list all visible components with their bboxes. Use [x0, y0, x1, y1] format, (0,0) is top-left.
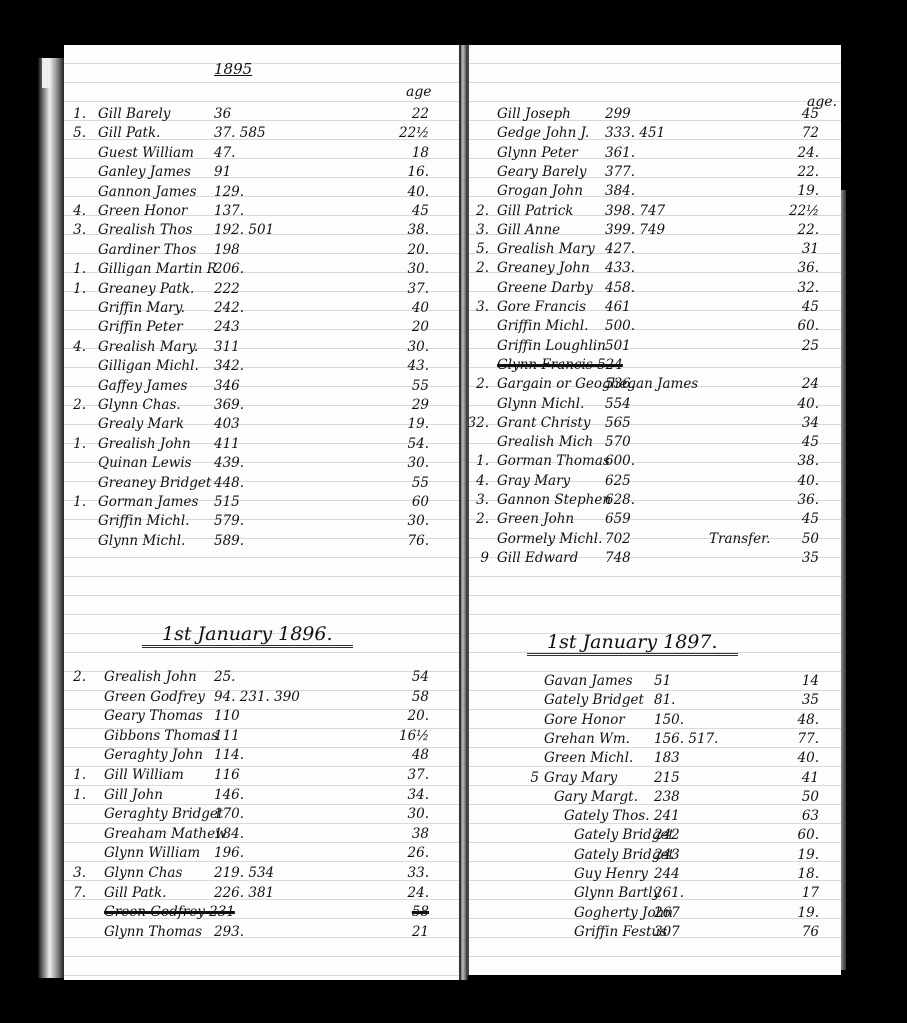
list-item: 3.Gore Francis46145	[469, 298, 841, 317]
entry-name: Grehan Wm.	[544, 730, 630, 749]
list-item: Geary Barely377.22.	[469, 163, 841, 182]
entry-age: 19.	[789, 182, 819, 201]
entry-age: 20.	[399, 241, 429, 260]
entry-name: Grogan John	[497, 182, 583, 201]
entry-numbers: 261.	[654, 884, 684, 903]
list-item: Griffin Loughlin50125	[469, 337, 841, 356]
entry-name: Griffin Loughlin	[497, 337, 606, 356]
entry-numbers: 299	[605, 105, 631, 124]
entry-number: 5.	[466, 240, 489, 259]
entry-age: 19.	[399, 415, 429, 434]
list-item: 1.Gorman Thomas600.38.	[469, 452, 841, 471]
list-item: Griffin Michl.579.30.	[64, 512, 459, 531]
list-item: Green Godfrey94. 231. 39058	[64, 688, 459, 707]
entry-number: 2.	[466, 202, 489, 221]
list-item: Green Michl.18340.	[469, 749, 841, 768]
entry-numbers: 748	[605, 549, 631, 568]
entry-number: 1.	[64, 786, 86, 805]
entry-age: 30.	[399, 805, 429, 824]
list-item: Gibbons Thomas11116½	[64, 727, 459, 746]
list-item: Griffin Michl.500.60.	[469, 317, 841, 336]
list-item: Gedge John J.333. 45172	[469, 124, 841, 143]
list-item: 3.Gannon Stephen628.36.	[469, 491, 841, 510]
entry-age: 45	[789, 105, 819, 124]
entry-name: Glynn Chas.	[98, 396, 181, 415]
list-item: 5.Gill Patk.37. 58522½	[64, 124, 459, 143]
entry-name: Gary Margt.	[554, 788, 638, 807]
list-item: 1.Gill William11637.	[64, 766, 459, 785]
list-item: Gormely Michl.702Transfer.50	[469, 530, 841, 549]
entry-numbers: 433.	[605, 259, 635, 278]
entry-age: 20	[399, 318, 429, 337]
entry-numbers: 91	[214, 163, 231, 182]
entry-age: 45	[789, 298, 819, 317]
entry-numbers: 411	[214, 435, 240, 454]
entry-numbers: 196.	[214, 844, 244, 863]
entry-numbers: 156. 517.	[654, 730, 718, 749]
entry-name: Gedge John J.	[497, 124, 589, 143]
list-item: Green Godfrey 23158	[64, 903, 459, 922]
entry-number: 9	[466, 549, 489, 568]
entry-name: Gargain or Geoghegan James	[497, 375, 698, 394]
entry-name: Quinan Lewis	[98, 454, 192, 473]
entry-numbers: 114.	[214, 746, 244, 765]
entry-numbers: 241	[654, 807, 680, 826]
list-item: 2.Green John65945	[469, 510, 841, 529]
list-item: Grehan Wm.156. 517.77.	[469, 730, 841, 749]
entry-numbers: 427.	[605, 240, 635, 259]
entry-numbers: 439.	[214, 454, 244, 473]
list-item: Glynn Michl.589.76.	[64, 532, 459, 551]
entry-numbers: 116	[214, 766, 240, 785]
entry-age: 77.	[789, 730, 819, 749]
entry-number: 1.	[64, 260, 86, 279]
entry-name: Glynn William	[104, 844, 200, 863]
entry-age: 24.	[399, 884, 429, 903]
entry-age: 41	[789, 769, 819, 788]
entry-number: 1.	[64, 435, 86, 454]
entry-numbers: 333. 451	[605, 124, 665, 143]
entry-name: Glynn Michl.	[98, 532, 185, 551]
entry-numbers: 94. 231. 390	[214, 688, 300, 707]
entry-name: Geraghty Bridget	[104, 805, 223, 824]
entry-name: Greaney John	[497, 259, 590, 278]
entry-numbers: 377.	[605, 163, 635, 182]
entry-numbers: 184.	[214, 825, 244, 844]
entry-numbers: 589.	[214, 532, 244, 551]
entry-numbers: 458.	[605, 279, 635, 298]
entry-name: Grealish John	[104, 668, 197, 687]
entry-numbers: 198	[214, 241, 240, 260]
entry-name: Grealish John	[98, 435, 191, 454]
entry-numbers: 346	[214, 377, 240, 396]
entry-age: 36.	[789, 491, 819, 510]
entry-age: 58	[399, 688, 429, 707]
entry-numbers: 25.	[214, 668, 235, 687]
list-item: 4.Gray Mary62540.	[469, 472, 841, 491]
entry-numbers: 238	[654, 788, 680, 807]
list-item: Griffin Festus30776	[469, 923, 841, 942]
entry-name: Glynn Michl.	[497, 395, 584, 414]
entry-name: Geary Barely	[497, 163, 587, 182]
entry-age: 33.	[399, 864, 429, 883]
entry-numbers: 702	[605, 530, 631, 549]
entry-numbers: 170.	[214, 805, 244, 824]
entry-name: Gannon Stephen	[497, 491, 611, 510]
entry-numbers: 129.	[214, 183, 244, 202]
entry-name: Gorman Thomas	[497, 452, 610, 471]
entry-age: 32.	[789, 279, 819, 298]
entry-numbers: 361.	[605, 144, 635, 163]
list-item: 2.Gill Patrick398. 74722½	[469, 202, 841, 221]
entry-age: 22½	[789, 202, 819, 221]
entry-name: Guy Henry	[574, 865, 648, 884]
list-item: 1.Gilligan Martin R206.30.	[64, 260, 459, 279]
entry-name: Gannon James	[98, 183, 197, 202]
entry-numbers: 625	[605, 472, 631, 491]
entry-name: Gormely Michl.	[497, 530, 602, 549]
entry-numbers: 243	[654, 846, 680, 865]
entry-age: 40.	[789, 749, 819, 768]
entry-age: 38.	[399, 221, 429, 240]
entry-name: Greaney Bridget	[98, 474, 211, 493]
entry-age: 38	[399, 825, 429, 844]
entry-number: 3.	[466, 298, 489, 317]
entry-numbers: 307	[654, 923, 680, 942]
entry-name: Geraghty John	[104, 746, 203, 765]
entry-name: Ganley James	[98, 163, 191, 182]
entry-age: 17	[789, 884, 819, 903]
entry-numbers: 242.	[214, 299, 244, 318]
entry-age: 48	[399, 746, 429, 765]
entry-numbers: 243	[214, 318, 240, 337]
entry-age: 31	[789, 240, 819, 259]
entry-numbers: 219. 534	[214, 864, 274, 883]
list-item: 4.Green Honor137.45	[64, 202, 459, 221]
entry-name: Gill John	[104, 786, 163, 805]
entry-age: 16.	[399, 163, 429, 182]
entry-number: 5.	[64, 124, 86, 143]
list-item: 2.Glynn Chas.369.29	[64, 396, 459, 415]
list-item: Gately Bridget24319.	[469, 846, 841, 865]
section-heading-1896: 1st January 1896.	[142, 625, 353, 648]
entry-age: 60.	[789, 317, 819, 336]
entry-numbers: 226. 381	[214, 884, 274, 903]
right-page: age. Gill Joseph29945Gedge John J.333. 4…	[466, 45, 841, 975]
list-item: Grogan John384.19.	[469, 182, 841, 201]
entry-name: Gaffey James	[98, 377, 187, 396]
entry-name: Gill Barely	[98, 105, 170, 124]
entry-age: 24.	[789, 144, 819, 163]
entry-name: Grealy Mark	[98, 415, 184, 434]
entry-numbers: 215	[654, 769, 680, 788]
list-item: 9Gill Edward74835	[469, 549, 841, 568]
entry-name: Glynn Francis 524	[497, 356, 623, 375]
entry-age: 55	[399, 474, 429, 493]
entry-numbers: 536.	[605, 375, 635, 394]
list-item: Gill Joseph29945	[469, 105, 841, 124]
entry-name: Gill Edward	[497, 549, 578, 568]
entry-age: 19.	[789, 846, 819, 865]
entry-number: 1.	[64, 493, 86, 512]
list-item: 1.Grealish John41154.	[64, 435, 459, 454]
entry-name: Gilligan Martin R	[98, 260, 217, 279]
binding-tab	[42, 58, 50, 88]
entry-age: 30.	[399, 454, 429, 473]
list-item: Griffin Peter24320	[64, 318, 459, 337]
list-item: 3.Glynn Chas219. 53433.	[64, 864, 459, 883]
entry-age: 24	[789, 375, 819, 394]
age-column-label: age	[406, 83, 432, 101]
entry-age: 22	[399, 105, 429, 124]
list-item: 2.Gargain or Geoghegan James536.24	[469, 375, 841, 394]
entry-age: 16½	[399, 727, 429, 746]
list-item: Glynn Michl.55440.	[469, 395, 841, 414]
entry-numbers: 222	[214, 280, 240, 299]
entry-age: 22½	[399, 124, 429, 143]
list-item: Greene Darby458.32.	[469, 279, 841, 298]
entry-name: Green Godfrey	[104, 688, 205, 707]
entry-numbers: 81.	[654, 691, 675, 710]
list-item: 7.Gill Patk.226. 38124.	[64, 884, 459, 903]
entry-name: Gately Bridget	[544, 691, 644, 710]
entry-age: 50	[789, 530, 819, 549]
entry-numbers: 565	[605, 414, 631, 433]
entry-name: Gavan James	[544, 672, 633, 691]
entry-numbers: 501	[605, 337, 631, 356]
entry-name: Gardiner Thos	[98, 241, 196, 260]
entry-age: 30.	[399, 260, 429, 279]
entry-age: 54	[399, 668, 429, 687]
entry-age: 35	[789, 691, 819, 710]
entry-numbers: 342.	[214, 357, 244, 376]
entry-age: 22.	[789, 163, 819, 182]
entry-age: 25	[789, 337, 819, 356]
entry-number: 2.	[466, 259, 489, 278]
entry-age: 21	[399, 923, 429, 942]
entry-name: Gilligan Michl.	[98, 357, 199, 376]
entry-age: 45	[399, 202, 429, 221]
entry-numbers: 461	[605, 298, 631, 317]
list-item: Gilligan Michl.342.43.	[64, 357, 459, 376]
entry-number: 1.	[64, 280, 86, 299]
entry-age: 22.	[789, 221, 819, 240]
entry-numbers: 384.	[605, 182, 635, 201]
entry-name: Griffin Mary.	[98, 299, 185, 318]
entry-age: 45	[789, 433, 819, 452]
entry-note: Transfer.	[709, 530, 770, 549]
entry-numbers: 150.	[654, 711, 684, 730]
list-item: 3.Gill Anne399. 74922.	[469, 221, 841, 240]
list-item: Glynn Thomas293.21	[64, 923, 459, 942]
entry-numbers: 137.	[214, 202, 244, 221]
entry-age: 36.	[789, 259, 819, 278]
list-item: 4.Grealish Mary.31130.	[64, 338, 459, 357]
list-item: Glynn Bartly261.17	[469, 884, 841, 903]
list-item: 3.Grealish Thos192. 50138.	[64, 221, 459, 240]
year-heading: 1895	[214, 60, 252, 78]
entry-number: 3.	[64, 221, 86, 240]
entry-number: 2.	[466, 510, 489, 529]
entry-number: 4.	[64, 338, 86, 357]
entry-name: Grealish Mary	[497, 240, 595, 259]
list-item: Quinan Lewis439.30.	[64, 454, 459, 473]
entry-number: 5	[509, 769, 539, 788]
entry-name: Glynn Chas	[104, 864, 182, 883]
entry-age: 29	[399, 396, 429, 415]
entry-name: Grant Christy	[497, 414, 590, 433]
list-item: Gogherty John26719.	[469, 904, 841, 923]
list-item: 1.Greaney Patk.22237.	[64, 280, 459, 299]
list-item: Greaham Mathew184.38	[64, 825, 459, 844]
entry-number: 3.	[466, 221, 489, 240]
list-item: Guest William47.18	[64, 144, 459, 163]
entry-numbers: 293.	[214, 923, 244, 942]
entry-name: Glynn Peter	[497, 144, 578, 163]
entry-age: 19.	[789, 904, 819, 923]
list-item: Geraghty John114.48	[64, 746, 459, 765]
entry-name: Gill Anne	[497, 221, 560, 240]
entry-name: Glynn Thomas	[104, 923, 202, 942]
entry-age: 18.	[789, 865, 819, 884]
entry-numbers: 192. 501	[214, 221, 274, 240]
list-item: 5Gray Mary21541	[469, 769, 841, 788]
entry-numbers: 515	[214, 493, 240, 512]
entry-numbers: 659	[605, 510, 631, 529]
entry-number: 2.	[64, 668, 86, 687]
entry-name: Griffin Peter	[98, 318, 183, 337]
entry-numbers: 146.	[214, 786, 244, 805]
entry-name: Gill Patk.	[104, 884, 166, 903]
entry-numbers: 311	[214, 338, 240, 357]
entry-numbers: 628.	[605, 491, 635, 510]
entry-numbers: 242	[654, 826, 680, 845]
list-item: Ganley James9116.	[64, 163, 459, 182]
entry-name: Gill Patrick	[497, 202, 574, 221]
entry-name: Gill Joseph	[497, 105, 571, 124]
list-item: Gannon James129.40.	[64, 183, 459, 202]
entry-number: 7.	[64, 884, 86, 903]
entry-age: 40.	[789, 472, 819, 491]
entry-numbers: 398. 747	[605, 202, 665, 221]
entry-age: 14	[789, 672, 819, 691]
entry-numbers: 399. 749	[605, 221, 665, 240]
list-item: Geraghty Bridget170.30.	[64, 805, 459, 824]
entry-age: 26.	[399, 844, 429, 863]
list-item: Griffin Mary.242.40	[64, 299, 459, 318]
entry-name: Gill Patk.	[98, 124, 160, 143]
entry-age: 58	[399, 903, 429, 922]
entry-numbers: 111	[214, 727, 240, 746]
entry-age: 63	[789, 807, 819, 826]
list-item: 2.Greaney John433.36.	[469, 259, 841, 278]
entry-age: 60	[399, 493, 429, 512]
list-item: Greaney Bridget448.55	[64, 474, 459, 493]
entry-age: 54.	[399, 435, 429, 454]
entry-age: 30.	[399, 338, 429, 357]
list-item: Glynn Francis 524	[469, 356, 841, 375]
entry-name: Guest William	[98, 144, 194, 163]
entry-number: 4.	[466, 472, 489, 491]
entry-numbers: 36	[214, 105, 231, 124]
entry-name: Green Honor	[98, 202, 187, 221]
entry-numbers: 51	[654, 672, 671, 691]
entry-numbers: 47.	[214, 144, 235, 163]
entry-numbers: 554	[605, 395, 631, 414]
entry-name: Green Michl.	[544, 749, 633, 768]
entry-name: Greaham Mathew	[104, 825, 227, 844]
left-page: 1895 age 1.Gill Barely36225.Gill Patk.37…	[64, 45, 461, 980]
entry-numbers: 570	[605, 433, 631, 452]
entry-name: Griffin Michl.	[497, 317, 588, 336]
list-item: Guy Henry24418.	[469, 865, 841, 884]
entry-name: Geary Thomas	[104, 707, 203, 726]
list-item: Grealish Mich57045	[469, 433, 841, 452]
list-item: 1.Gorman James51560	[64, 493, 459, 512]
entry-number: 3.	[466, 491, 489, 510]
entry-age: 38.	[789, 452, 819, 471]
entry-age: 45	[789, 510, 819, 529]
entry-number: 3.	[64, 864, 86, 883]
entry-age: 40.	[399, 183, 429, 202]
entry-name: Greaney Patk.	[98, 280, 194, 299]
list-item: Gately Thos.24163	[469, 807, 841, 826]
entry-numbers: 448.	[214, 474, 244, 493]
entry-age: 72	[789, 124, 819, 143]
entry-age: 50	[789, 788, 819, 807]
entry-number: 4.	[64, 202, 86, 221]
entry-age: 35	[789, 549, 819, 568]
entry-age: 40.	[789, 395, 819, 414]
entry-name: Gray Mary	[544, 769, 617, 788]
entry-name: Gore Honor	[544, 711, 625, 730]
entry-name: Glynn Bartly	[574, 884, 660, 903]
entry-name: Gray Mary	[497, 472, 570, 491]
entry-numbers: 600.	[605, 452, 635, 471]
section-heading-1897: 1st January 1897.	[527, 633, 738, 656]
entry-age: 18	[399, 144, 429, 163]
list-item: 1.Gill John146.34.	[64, 786, 459, 805]
entry-numbers: 369.	[214, 396, 244, 415]
list-item: Gavan James5114	[469, 672, 841, 691]
entry-numbers: 403	[214, 415, 240, 434]
entry-age: 60.	[789, 826, 819, 845]
entry-name: Grealish Mich	[497, 433, 593, 452]
entry-age: 55	[399, 377, 429, 396]
entry-numbers: 37. 585	[214, 124, 266, 143]
entry-name: Gorman James	[98, 493, 198, 512]
entry-number: 32.	[466, 414, 489, 433]
entry-name: Griffin Michl.	[98, 512, 189, 531]
entry-age: 48.	[789, 711, 819, 730]
list-item: 5.Grealish Mary427.31	[469, 240, 841, 259]
entry-number: 1.	[64, 105, 86, 124]
entry-age: 76	[789, 923, 819, 942]
entry-name: Gately Thos.	[564, 807, 650, 826]
entry-name: Grealish Thos	[98, 221, 193, 240]
entry-number: 2.	[64, 396, 86, 415]
entry-age: 37.	[399, 766, 429, 785]
list-item: Gaffey James34655	[64, 377, 459, 396]
list-item: Glynn Peter361.24.	[469, 144, 841, 163]
list-item: 1.Gill Barely3622	[64, 105, 459, 124]
entry-numbers: 500.	[605, 317, 635, 336]
entry-numbers: 579.	[214, 512, 244, 531]
entry-name: Gill William	[104, 766, 184, 785]
entry-age: 34.	[399, 786, 429, 805]
entry-name: Gibbons Thomas	[104, 727, 218, 746]
book-binding-left	[38, 58, 64, 978]
